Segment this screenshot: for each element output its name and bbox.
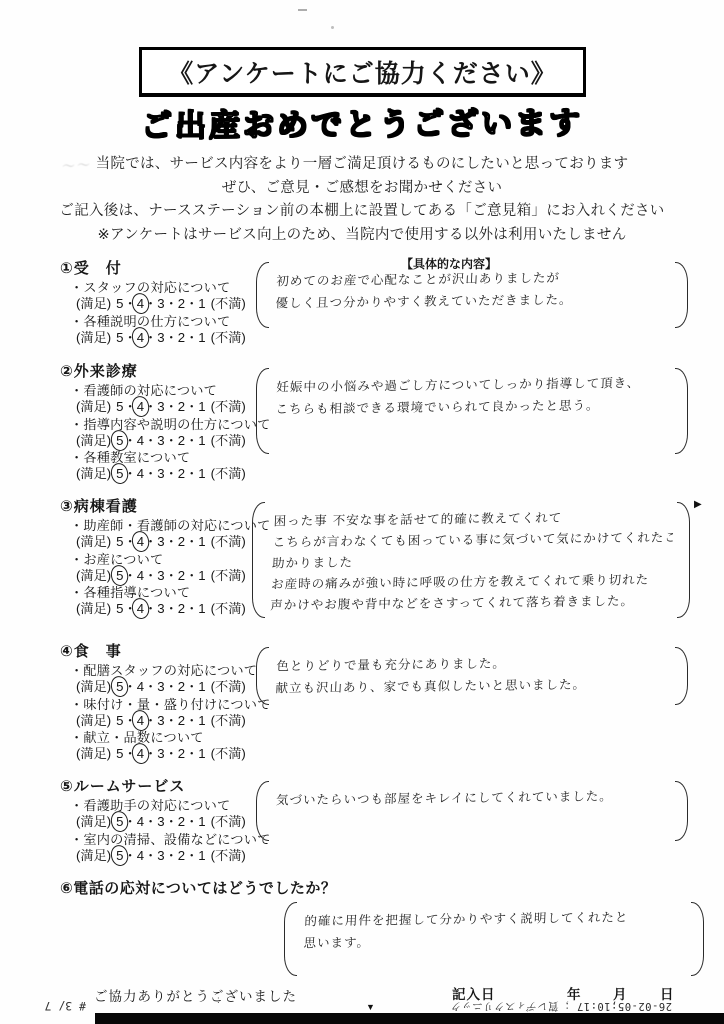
- bracket-right: [691, 902, 704, 976]
- handwritten-comment-line: こちらも相談できる環境でいられて良かったと思う。: [275, 394, 670, 421]
- rating-digit: 3: [156, 330, 165, 347]
- rating-digit: 2: [177, 399, 186, 416]
- rating-digit: 4: [136, 466, 145, 483]
- rating-digit: 3: [156, 713, 165, 730]
- scale-dissatisfied-label: (不満): [211, 568, 246, 583]
- scale-satisfied-label: (満足): [76, 746, 111, 761]
- handwritten-comment: 色とりどりで量も充分にありました。献立も沢山あり、家でも真似したいと思いました。: [275, 651, 671, 700]
- question-item: ・献立・品数について (満足)5・4・3・2・1(不満): [70, 730, 290, 763]
- rating-digit: 2: [177, 330, 186, 347]
- scale-satisfied-label: (満足): [76, 601, 111, 616]
- rating-digit: 2: [177, 713, 186, 730]
- rating-digit: 5: [115, 296, 124, 313]
- scale-satisfied-label: (満足): [76, 433, 111, 448]
- scale-dissatisfied-label: (不満): [211, 330, 246, 345]
- rating-digit: 3: [156, 814, 165, 831]
- rating-digit-circled: 5: [115, 466, 124, 483]
- scale-dissatisfied-label: (不満): [211, 296, 246, 311]
- scan-artifact-colon: :: [217, 995, 220, 1006]
- rating-digit: 5: [115, 534, 124, 551]
- rating-digit: 3: [156, 534, 165, 551]
- scale-satisfied-label: (満足): [76, 466, 111, 481]
- bracket-left: [252, 502, 265, 618]
- scale-dissatisfied-label: (不満): [211, 679, 246, 694]
- section-title: ⑥電話の応対についてはどうでしたか？: [60, 879, 480, 898]
- rating-digit: 1: [197, 848, 206, 865]
- rating-digit: 3: [156, 568, 165, 585]
- rating-digit: 4: [136, 568, 145, 585]
- intro-line-1: 当院では、サービス内容をより一層ご満足頂けるものにしたいと思っております: [0, 153, 724, 177]
- handwritten-comment-line: 思います。: [303, 928, 686, 955]
- rating-digit-circled: 4: [136, 713, 145, 730]
- scale-satisfied-label: (満足): [76, 713, 111, 728]
- bracket-right: [675, 647, 688, 705]
- scale-dissatisfied-label: (不満): [211, 466, 246, 481]
- bracket-right: [675, 781, 688, 841]
- handwritten-comment-line: 気づいたらいつも部屋をキレイにしてくれていました。: [276, 785, 671, 812]
- bracket-left: [256, 647, 269, 705]
- rating-digit: 3: [156, 848, 165, 865]
- banner-title: 《アンケートにご協力ください》: [168, 54, 557, 90]
- rating-digit-circled: 5: [115, 814, 124, 831]
- rating-digit: 1: [197, 814, 206, 831]
- rating-digit-circled: 4: [136, 296, 145, 313]
- rating-digit: 2: [177, 848, 186, 865]
- scan-artifact-dash: [298, 9, 307, 11]
- rating-digit-circled: 5: [115, 848, 124, 865]
- rating-digit: 3: [156, 746, 165, 763]
- rating-digit: 1: [197, 746, 206, 763]
- down-arrow-mark: ▼: [366, 1002, 375, 1012]
- scanned-questionnaire-page: 《アンケートにご協力ください》 ご出産おめでとうございます 〜〜 当院では、サー…: [0, 0, 724, 1024]
- rating-scale: (満足)5・4・3・2・1(不満): [76, 330, 290, 347]
- thanks-text: ご協力ありがとうございました: [94, 985, 297, 1005]
- rating-digit: 3: [156, 601, 165, 618]
- scale-satisfied-label: (満足): [76, 848, 111, 863]
- scale-dissatisfied-label: (不満): [211, 746, 246, 761]
- rating-digit: 2: [177, 746, 186, 763]
- comment-box-meals: 色とりどりで量も充分にありました。献立も沢山あり、家でも真似したいと思いました。: [256, 647, 688, 705]
- handwritten-comment-line: 声かけやお腹や背中などをさすってくれて落ち着きました。: [270, 590, 671, 616]
- rating-digit: 1: [197, 713, 206, 730]
- banner-box: 《アンケートにご協力ください》: [139, 47, 586, 97]
- handwritten-comment-line: 優しく且つ分かりやすく教えていただきました。: [275, 288, 670, 315]
- intro-line-3: ご記入後は、ナースステーション前の本棚上に設置してある「ご意見箱」にお入れくださ…: [0, 200, 724, 224]
- scale-satisfied-label: (満足): [76, 330, 111, 345]
- intro-paragraph: 当院では、サービス内容をより一層ご満足頂けるものにしたいと思っております ぜひ、…: [0, 153, 724, 247]
- scale-dissatisfied-label: (不満): [211, 433, 246, 448]
- scale-dissatisfied-label: (不満): [211, 814, 246, 829]
- rating-digit: 1: [197, 466, 206, 483]
- fax-header-stamp: 26-02-05;10:17 ；賀レディスクリニック: [438, 999, 672, 1014]
- rating-digit: 5: [115, 746, 124, 763]
- rating-digit: 3: [156, 399, 165, 416]
- right-arrow-mark: ▶: [694, 499, 702, 510]
- rating-digit: 4: [136, 679, 145, 696]
- congrats-title: ご出産おめでとうございます: [0, 96, 724, 146]
- bracket-right: [675, 368, 688, 454]
- bracket-right: [677, 502, 690, 618]
- comment-box-room-service: 気づいたらいつも部屋をキレイにしてくれていました。: [256, 781, 688, 841]
- rating-digit: 1: [197, 568, 206, 585]
- handwritten-comment: 初めてのお産で心配なことが沢山ありましたが優しく且つ分かりやすく教えていただきま…: [275, 266, 671, 315]
- scale-satisfied-label: (満足): [76, 296, 111, 311]
- rating-digit: 3: [156, 466, 165, 483]
- rating-digit-circled: 4: [136, 534, 145, 551]
- bracket-left: [256, 368, 269, 454]
- handwritten-comment: 気づいたらいつも部屋をキレイにしてくれていました。: [276, 785, 671, 812]
- rating-digit: 2: [177, 296, 186, 313]
- rating-digit-circled: 4: [136, 601, 145, 618]
- rating-scale: (満足)5・4・3・2・1(不満): [76, 746, 290, 763]
- comment-box-ward-nursing: 困った事 不安な事を話せて的確に教えてくれてこちらが言わなくても困っている事に気…: [252, 502, 690, 618]
- rating-digit-circled: 4: [136, 399, 145, 416]
- handwritten-comment: 的確に用件を把握して分かりやすく説明してくれたと思います。: [303, 906, 687, 955]
- scan-artifact-dot: [331, 26, 334, 29]
- scale-dissatisfied-label: (不満): [211, 848, 246, 863]
- rating-digit: 5: [115, 399, 124, 416]
- intro-line-2: ぜひ、ご意見・ご感想をお聞かせください: [0, 177, 724, 201]
- rating-digit: 2: [177, 534, 186, 551]
- rating-digit: 2: [177, 466, 186, 483]
- rating-digit: 1: [197, 601, 206, 618]
- handwritten-comment-line: 献立も沢山あり、家でも真似したいと思いました。: [275, 673, 670, 700]
- rating-digit: 4: [136, 433, 145, 450]
- rating-scale: (満足)5・4・3・2・1(不満): [76, 848, 290, 865]
- scale-dissatisfied-label: (不満): [211, 399, 246, 414]
- rating-digit-circled: 5: [115, 568, 124, 585]
- rating-digit: 5: [115, 330, 124, 347]
- rating-scale: (満足)5・4・3・2・1(不満): [76, 713, 290, 730]
- handwritten-comment: 困った事 不安な事を話せて的確に教えてくれてこちらが言わなくても困っている事に気…: [270, 506, 674, 616]
- question-label: ・献立・品数について: [70, 730, 290, 746]
- rating-digit: 1: [197, 399, 206, 416]
- scale-dissatisfied-label: (不満): [211, 713, 246, 728]
- handwritten-comment: 妊娠中の小悩みや過ごし方についてしっかり指導して頂き、こちらも相談できる環境でい…: [275, 372, 671, 421]
- fax-page-number-stamp: # 3/ 7: [16, 999, 86, 1013]
- rating-digit: 3: [156, 679, 165, 696]
- rating-digit: 2: [177, 601, 186, 618]
- rating-digit: 2: [177, 679, 186, 696]
- intro-line-4: ※アンケートはサービス向上のため、当院内で使用する以外は利用いたしません: [0, 224, 724, 248]
- question-item: ・各種教室について (満足)5・4・3・2・1(不満): [70, 450, 290, 483]
- rating-digit-circled: 5: [115, 679, 124, 696]
- rating-digit: 1: [197, 330, 206, 347]
- rating-digit: 4: [136, 814, 145, 831]
- scale-satisfied-label: (満足): [76, 534, 111, 549]
- rating-digit: 2: [177, 433, 186, 450]
- bracket-right: [675, 262, 688, 328]
- rating-digit: 5: [115, 601, 124, 618]
- rating-digit: 2: [177, 568, 186, 585]
- scale-satisfied-label: (満足): [76, 679, 111, 694]
- comment-box-outpatient: 妊娠中の小悩みや過ごし方についてしっかり指導して頂き、こちらも相談できる環境でい…: [256, 368, 688, 454]
- scale-satisfied-label: (満足): [76, 568, 111, 583]
- comment-box-phone: 的確に用件を把握して分かりやすく説明してくれたと思います。: [284, 902, 704, 976]
- bracket-left: [256, 781, 269, 841]
- scale-satisfied-label: (満足): [76, 814, 111, 829]
- rating-digit: 4: [136, 848, 145, 865]
- rating-digit-circled: 5: [115, 433, 124, 450]
- scale-dissatisfied-label: (不満): [211, 601, 246, 616]
- rating-digit: 3: [156, 433, 165, 450]
- rating-digit-circled: 4: [136, 330, 145, 347]
- scan-edge-bar: [95, 1013, 724, 1024]
- rating-digit: 1: [197, 534, 206, 551]
- rating-digit: 2: [177, 814, 186, 831]
- rating-digit-circled: 4: [136, 746, 145, 763]
- scale-dissatisfied-label: (不満): [211, 534, 246, 549]
- rating-digit: 1: [197, 679, 206, 696]
- rating-scale: (満足)5・4・3・2・1(不満): [76, 466, 290, 483]
- bracket-left: [256, 262, 269, 328]
- section-phone: ⑥電話の応対についてはどうでしたか？: [60, 879, 290, 900]
- bracket-left: [284, 902, 297, 976]
- rating-digit: 3: [156, 296, 165, 313]
- rating-digit: 1: [197, 296, 206, 313]
- rating-digit: 1: [197, 433, 206, 450]
- rating-digit: 5: [115, 713, 124, 730]
- comment-box-reception: 初めてのお産で心配なことが沢山ありましたが優しく且つ分かりやすく教えていただきま…: [256, 262, 688, 328]
- scale-satisfied-label: (満足): [76, 399, 111, 414]
